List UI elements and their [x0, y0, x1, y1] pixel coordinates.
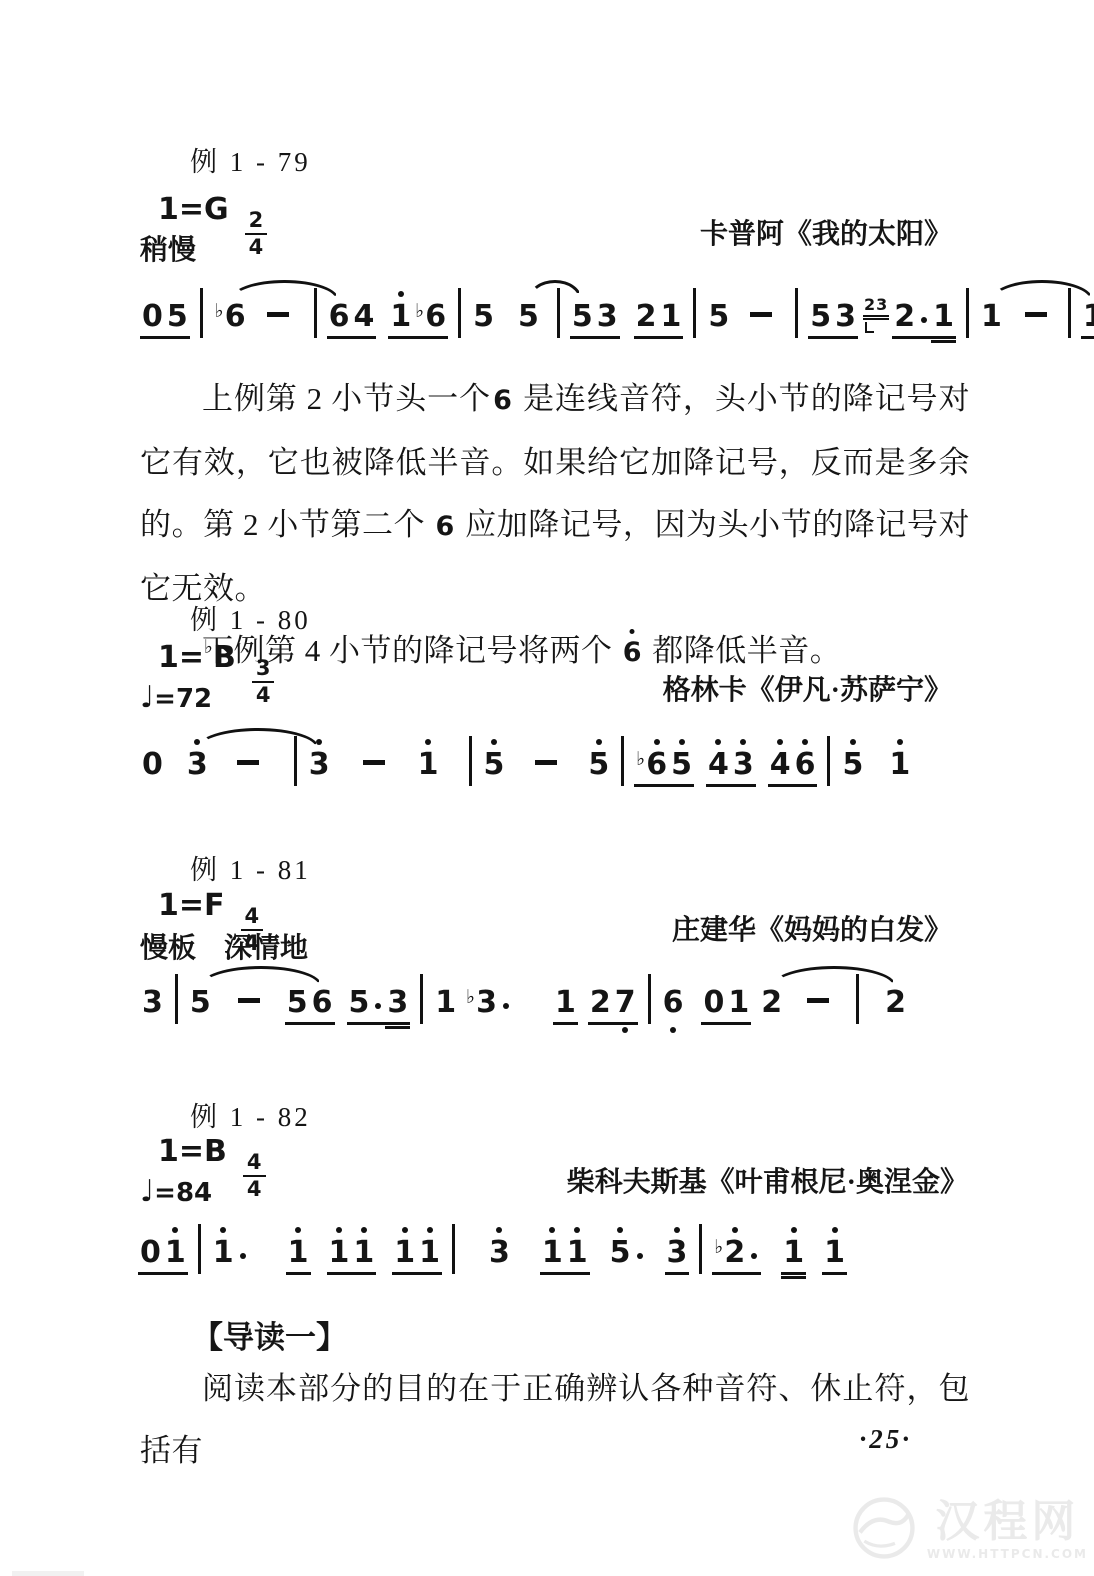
note: 5 — [586, 750, 611, 784]
grace-notes: 23 — [863, 286, 889, 317]
flat-icon: ♭ — [215, 300, 224, 322]
note: 1 — [540, 1238, 565, 1275]
note: 5 — [840, 750, 865, 784]
note: 1 — [887, 750, 912, 784]
barline — [458, 288, 461, 338]
note: 0 — [140, 302, 165, 339]
example-label-1-82: 例 1 - 82 — [190, 1095, 311, 1134]
note: 3 — [833, 302, 858, 339]
note: 5 — [471, 302, 496, 336]
note: 1 — [416, 750, 441, 784]
inline-note-digit: 6 — [491, 385, 514, 416]
note: 5 — [669, 750, 694, 787]
watermark: 汉程网 WWW.HTTPCN.COM — [849, 1493, 1088, 1568]
note: 5 — [482, 750, 507, 784]
note: 3 — [185, 750, 210, 784]
note: 5 — [165, 302, 190, 339]
notation-line-1-82: 0111111131153♭211 — [138, 1188, 847, 1299]
flat-icon: ♭ — [466, 986, 475, 1008]
section-heading: 【导读一】 — [192, 1312, 347, 1357]
barline — [198, 1224, 201, 1274]
note: 5 — [516, 302, 541, 336]
note: 2 — [759, 988, 784, 1022]
note: 0 — [138, 1238, 163, 1275]
note: 1 — [211, 1238, 250, 1272]
note: 5 — [808, 302, 833, 339]
note: ♭3 — [464, 988, 513, 1022]
note: ♭6 — [634, 750, 669, 787]
notation-line-1-81: 3556531♭312760122 — [140, 938, 908, 1049]
note: 1 — [553, 988, 578, 1025]
watermark-site-url: WWW.HTTPCN.COM — [927, 1547, 1088, 1561]
note: 2 — [634, 302, 659, 339]
watermark-site-name: 汉程网 — [935, 1500, 1079, 1544]
key-tonic-prefix: 1= — [158, 192, 204, 227]
note: 3 — [595, 302, 620, 339]
note: 2 — [892, 302, 931, 339]
example-label-1-81: 例 1 - 81 — [190, 848, 311, 887]
note: ♭6 — [413, 302, 448, 339]
flat-icon: ♭ — [714, 1236, 723, 1258]
barline — [452, 1224, 455, 1274]
tie-arc — [528, 280, 582, 300]
note: 1 — [931, 302, 956, 339]
note: 6 — [310, 988, 335, 1025]
note: 6 — [661, 988, 686, 1022]
barline — [175, 974, 178, 1024]
barline — [699, 1224, 702, 1274]
key-tonic-prefix: 1= — [158, 1134, 204, 1169]
barline — [827, 736, 830, 786]
barline — [693, 288, 696, 338]
note: 3 — [731, 750, 756, 787]
paragraph: 上例第 2 小节头一个6 是连线音符，头小节的降记号对它有效，它也被降低半音。如… — [140, 368, 970, 620]
key-tonic: B — [204, 1134, 227, 1169]
key-tonic: F — [204, 888, 225, 923]
note: 5 — [347, 988, 386, 1025]
dash — [267, 312, 289, 317]
barline — [795, 288, 798, 338]
note: 1 — [433, 988, 458, 1022]
notation-line-1-80: 033155♭65434651 — [140, 700, 912, 811]
paragraph: 阅读本部分的目的在于正确辨认各种音符、休止符，包括有 — [140, 1358, 970, 1482]
barline — [469, 736, 472, 786]
note: 6 — [327, 302, 352, 339]
key-tonic-prefix: 1= — [158, 888, 204, 923]
note: 4 — [706, 750, 731, 787]
note: 1 — [1081, 302, 1094, 339]
dash — [363, 760, 385, 765]
note: ♭6 — [213, 302, 248, 336]
inline-note-digit: 6 — [433, 511, 456, 542]
key-tonic-prefix: 1= — [158, 640, 204, 675]
watermark-logo-icon — [849, 1493, 919, 1568]
key-tonic: B — [213, 640, 236, 675]
dash — [1025, 312, 1047, 317]
tie-arc — [991, 280, 1093, 300]
tie-arc — [230, 280, 339, 300]
note: 5 — [188, 988, 213, 1022]
dash — [750, 312, 772, 317]
note: 2 — [588, 988, 613, 1025]
flat-icon: ♭ — [415, 300, 424, 322]
note: 3 — [140, 988, 165, 1022]
note: 0 — [701, 988, 726, 1025]
attribution-1-79: 卡普阿《我的太阳》 — [700, 212, 952, 252]
note: 1 — [286, 1238, 311, 1275]
guide-paragraph: 阅读本部分的目的在于正确辨认各种音符、休止符，包括有 — [140, 1358, 970, 1482]
note: 1 — [822, 1238, 847, 1275]
key-tonic: G — [204, 192, 229, 227]
note: 3 — [307, 750, 332, 784]
note: 3 — [665, 1238, 690, 1275]
dash — [807, 998, 829, 1003]
note: 5 — [608, 1238, 647, 1272]
flat-icon: ♭ — [204, 636, 213, 658]
note: 1 — [979, 302, 1004, 336]
note: 1 — [163, 1238, 188, 1275]
note: 1 — [417, 1238, 442, 1275]
dash — [237, 760, 259, 765]
note: 1 — [392, 1238, 417, 1275]
tie-arc — [200, 966, 322, 986]
tie-arc — [772, 966, 896, 986]
note: 1 — [726, 988, 751, 1025]
note: 5 — [706, 302, 731, 336]
tie-arc — [197, 728, 319, 748]
barline — [200, 288, 203, 338]
note: 1 — [658, 302, 683, 339]
note: 5 — [285, 988, 310, 1025]
inline-note-digit: 6 — [621, 637, 644, 668]
note: 4 — [768, 750, 793, 787]
dash — [238, 998, 260, 1003]
note: 3 — [487, 1238, 512, 1272]
note: 5 — [570, 302, 595, 339]
note: 2 — [883, 988, 908, 1022]
note: 1 — [388, 302, 413, 339]
notation-line-1-79: 05♭6641♭6555321553232111 — [140, 250, 1094, 363]
note: 1 — [781, 1238, 806, 1275]
example-label-1-80: 例 1 - 80 — [190, 598, 311, 637]
note: 4 — [351, 302, 376, 339]
flat-icon: ♭ — [636, 748, 645, 770]
book-page: 例 1 - 79 1=G24 稍慢 卡普阿《我的太阳》 05♭6641♭6555… — [0, 0, 1094, 1576]
example-label-1-79: 例 1 - 79 — [190, 140, 311, 179]
page-number: ·25· — [860, 1424, 913, 1455]
time-signature: 34 — [252, 658, 275, 706]
note: 1 — [327, 1238, 352, 1275]
scan-artifact — [12, 1571, 84, 1576]
dash — [535, 760, 557, 765]
note: 6 — [793, 750, 818, 787]
barline — [966, 288, 969, 338]
barline — [621, 736, 624, 786]
barline — [420, 974, 423, 1024]
note: ♭2 — [712, 1238, 761, 1275]
note: 7 — [613, 988, 638, 1025]
note: 1 — [565, 1238, 590, 1275]
note: 3 — [385, 988, 410, 1025]
barline — [648, 974, 651, 1024]
note: 1 — [351, 1238, 376, 1275]
note: 0 — [140, 750, 165, 784]
